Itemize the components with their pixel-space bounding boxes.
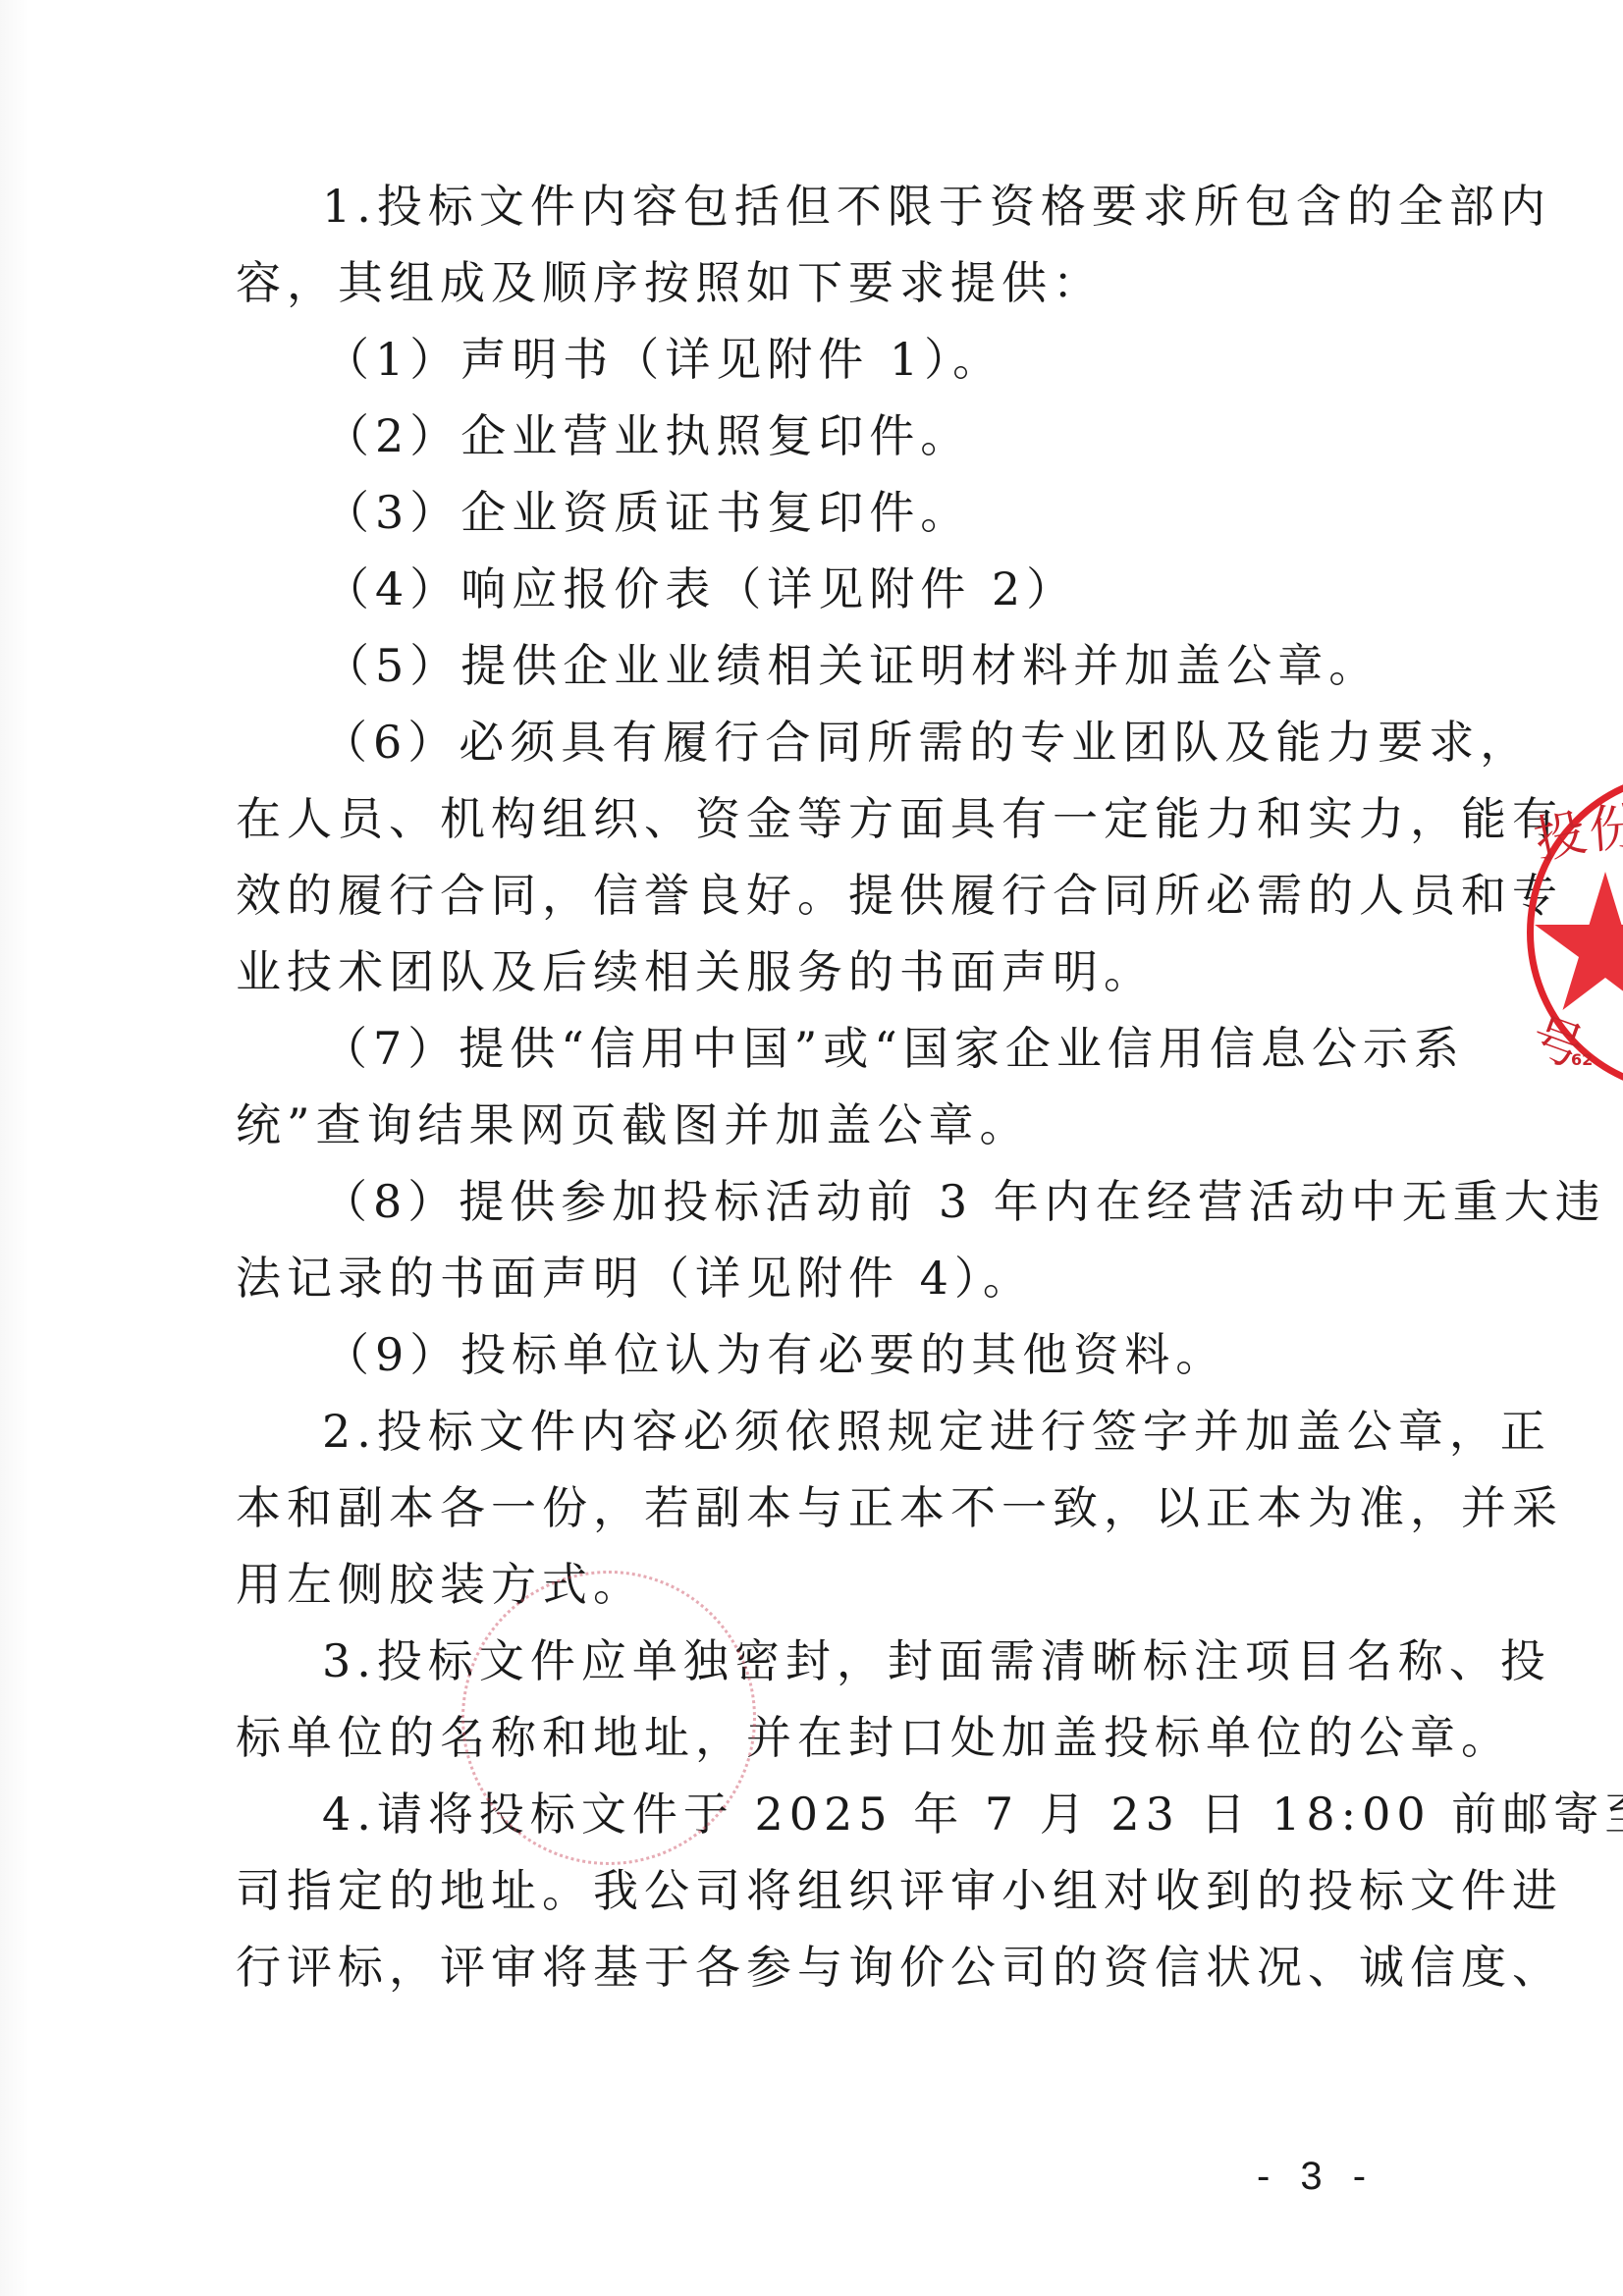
text-line-9: 在人员、机构组织、资金等方面具有一定能力和实力，能有 — [236, 789, 1355, 848]
text-line-2: 容，其组成及顺序按照如下要求提供： — [236, 253, 1355, 312]
text-line-15: 法记录的书面声明（详见附件 4）。 — [236, 1249, 1355, 1308]
list-item-8: （8）提供参加投标活动前 3 年内在经营活动中无重大违 — [322, 1172, 1355, 1231]
document-page: 1.投标文件内容包括但不限于资格要求所包含的全部内 容，其组成及顺序按照如下要求… — [0, 0, 1623, 2296]
list-item-6: （6）必须具有履行合同所需的专业团队及能力要求， — [322, 713, 1355, 772]
list-item-1: （1）声明书（详见附件 1）。 — [324, 330, 1003, 389]
star-icon — [1532, 869, 1623, 1016]
section-4-line-3: 行评标，评审将基于各参与询价公司的资信状况、诚信度、 — [236, 1938, 1355, 1997]
section-4-line-2: 司指定的地址。我公司将组织评审小组对收到的投标文件进 — [236, 1861, 1355, 1920]
list-item-9: （9）投标单位认为有必要的其他资料。 — [324, 1325, 1226, 1384]
seal-char-1: 投 — [1527, 790, 1592, 873]
faint-seal-stamp — [461, 1571, 756, 1865]
list-item-7: （7）提供“信用中国”或“国家企业信用信息公示系 — [322, 1019, 1355, 1078]
company-seal-stamp: 投 份 号 62 — [1512, 756, 1623, 1109]
section-2-line-1: 2.投标文件内容必须依照规定进行签字并加盖公章，正 — [322, 1402, 1355, 1461]
scan-edge-shadow — [0, 0, 29, 2296]
text-line-10: 效的履行合同，信誉良好。提供履行合同所必需的人员和专 — [236, 866, 1355, 925]
seal-serial: 62 — [1571, 1050, 1593, 1069]
text-line-13: 统”查询结果网页截图并加盖公章。 — [236, 1095, 1355, 1154]
text-line-1: 1.投标文件内容包括但不限于资格要求所包含的全部内 — [322, 177, 1355, 236]
section-3-line-2: 标单位的名称和地址，并在封口处加盖投标单位的公章。 — [236, 1708, 1355, 1767]
list-item-3: （3）企业资质证书复印件。 — [324, 483, 971, 542]
text-line-11: 业技术团队及后续相关服务的书面声明。 — [236, 942, 1355, 1001]
page-number: - 3 - — [1257, 2152, 1376, 2201]
list-item-5: （5）提供企业业绩相关证明材料并加盖公章。 — [324, 636, 1380, 695]
section-2-line-3: 用左侧胶装方式。 — [236, 1555, 1355, 1614]
seal-char-2: 份 — [1586, 785, 1623, 862]
list-item-2: （2）企业营业执照复印件。 — [324, 406, 971, 465]
list-item-4: （4）响应报价表（详见附件 2） — [324, 560, 1077, 618]
section-4-line-1: 4.请将投标文件于 2025 年 7 月 23 日 18:00 前邮寄至我公 — [322, 1785, 1355, 1843]
section-2-line-2: 本和副本各一份，若副本与正本不一致，以正本为准，并采 — [236, 1478, 1355, 1537]
